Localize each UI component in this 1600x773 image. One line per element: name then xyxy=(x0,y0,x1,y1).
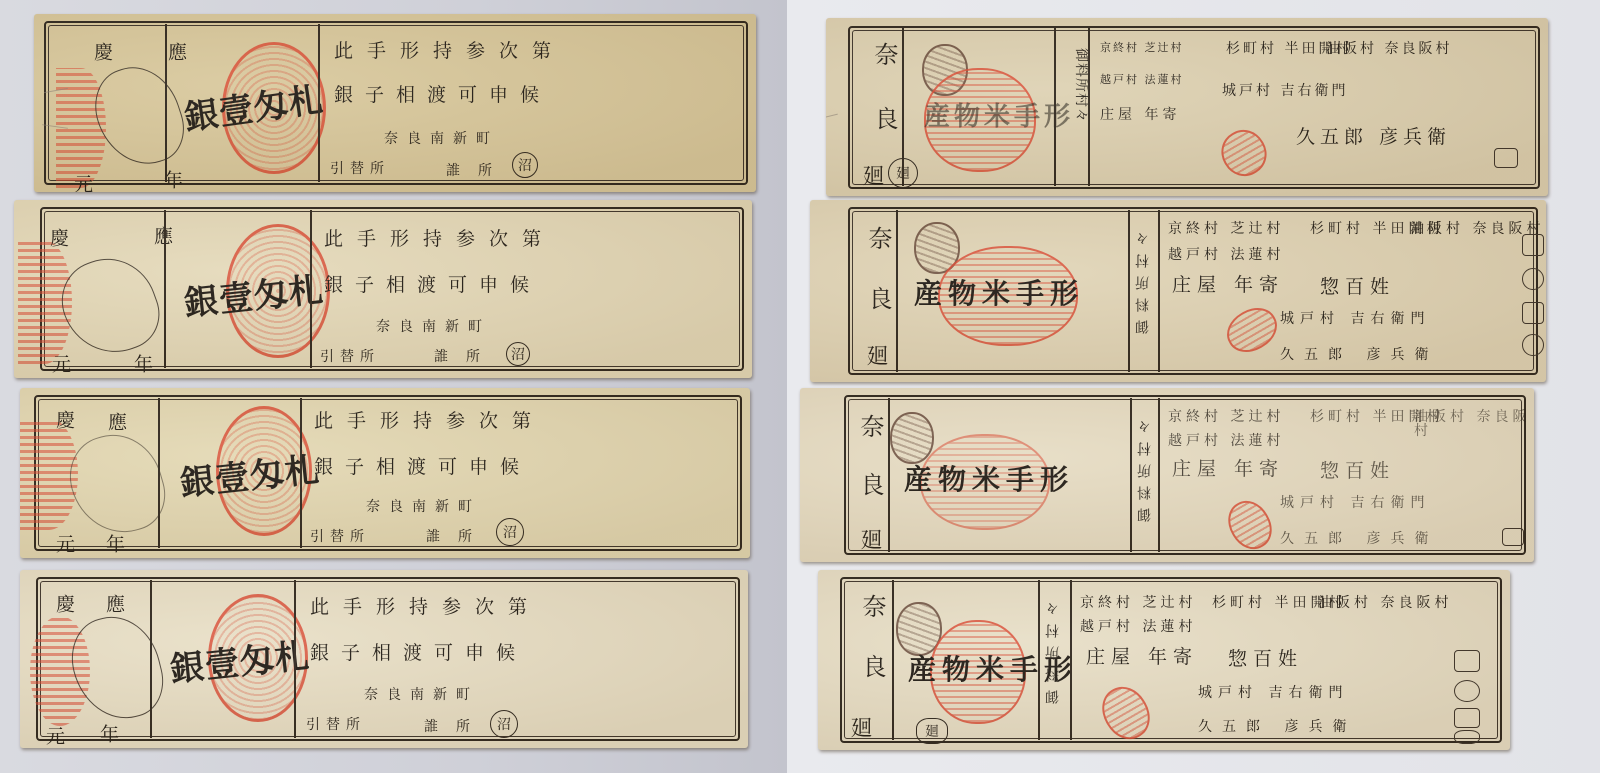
left-note-3: 慶 應 元 年 銀壹匁札 此手形持参次第 銀子相渡可申候 奈良南新町 引替所 誰… xyxy=(20,388,750,558)
village-names: 越戸村 法蓮村 xyxy=(1168,434,1284,448)
officials-names: 惣百姓 xyxy=(1228,650,1303,669)
paper-fiber xyxy=(826,114,838,120)
era-bottom-char: 元 xyxy=(72,174,91,192)
body-line-1: 此手形持参次第 xyxy=(314,412,545,431)
place-char-nara-1: 奈 xyxy=(866,226,890,251)
panel-divider xyxy=(165,24,167,182)
domain-label: 御料所村々 xyxy=(1046,594,1060,704)
era-right-bottom-char: 年 xyxy=(98,724,117,744)
panel-divider xyxy=(1158,210,1160,372)
village-names: 油阪村 奈良阪村 xyxy=(1326,42,1452,56)
issuer-name: 誰所 xyxy=(426,530,490,544)
village-names: 越戸村 法蓮村 xyxy=(1100,74,1184,85)
square-stamp xyxy=(1454,708,1480,728)
right-note-1: 奈 良 廻 廻 産物米手形 御料所村々 京終村 芝辻村 越戸村 法蓮村 庄屋 年… xyxy=(826,18,1548,196)
panel-divider xyxy=(300,398,302,548)
square-stamp xyxy=(1522,302,1544,324)
body-line-2: 銀子相渡可申候 xyxy=(310,644,527,663)
officials-names: 庄屋 年寄 xyxy=(1100,108,1180,122)
issuer-name: 誰所 xyxy=(434,350,498,364)
body-line-1: 此手形持参次第 xyxy=(324,230,555,249)
body-line-1: 此手形持参次第 xyxy=(310,598,541,617)
right-note-3: 奈 良 廻 産物米手形 御料所村々 京終村 芝辻村 越戸村 法蓮村 庄屋 年寄 … xyxy=(800,388,1534,562)
officials-names: 庄屋 年寄 xyxy=(1086,648,1198,667)
village-names: 越戸村 法蓮村 xyxy=(1080,620,1196,634)
officials-names: 久五郎 彦兵衛 xyxy=(1198,720,1356,734)
domain-label: 御料所村々 xyxy=(1074,48,1088,123)
panel-divider xyxy=(1130,398,1132,552)
officials-names: 庄屋 年寄 xyxy=(1172,276,1284,295)
panel-divider xyxy=(896,210,898,372)
panel-divider xyxy=(294,580,296,738)
square-stamp xyxy=(1522,334,1544,356)
era-top-char: 慶 xyxy=(54,594,73,614)
panel-divider xyxy=(1088,28,1090,186)
panel-divider xyxy=(902,28,904,186)
right-note-2: 奈 良 廻 産物米手形 御料所村々 京終村 芝辻村 越戸村 法蓮村 庄屋 年寄 … xyxy=(810,200,1546,382)
officials-names: 城戸村 吉右衛門 xyxy=(1222,84,1348,98)
body-line-2: 銀子相渡可申候 xyxy=(324,276,541,295)
village-names: 越戸村 法蓮村 xyxy=(1168,248,1284,262)
issuer-address: 奈良南新町 xyxy=(366,500,481,514)
issuer-round-stamp: 沼 xyxy=(512,152,538,178)
era-right-bottom-char: 年 xyxy=(104,534,123,554)
era-right-bottom-char: 年 xyxy=(132,354,151,374)
officials-names: 久五郎 彦兵衛 xyxy=(1280,348,1438,362)
village-names: 油阪村 奈良阪村 xyxy=(1318,596,1452,610)
village-names: 油阪村 奈良阪村 xyxy=(1414,410,1534,438)
square-stamp xyxy=(1522,234,1544,256)
place-char-bottom: 廻 xyxy=(860,164,882,187)
square-stamp xyxy=(1502,528,1524,546)
place-char-bottom: 廻 xyxy=(864,344,886,367)
officials-names: 惣百姓 xyxy=(1320,278,1395,297)
era-right-top-char: 應 xyxy=(166,42,185,62)
panel-divider xyxy=(1128,210,1130,372)
note-title-text: 産物米手形 xyxy=(914,280,1084,308)
exchange-office: 引替所 xyxy=(306,718,366,732)
era-top-char: 慶 xyxy=(92,42,111,62)
issuer-address: 奈良南新町 xyxy=(376,320,491,334)
body-line-2: 銀子相渡可申候 xyxy=(314,458,531,477)
exchange-office: 引替所 xyxy=(330,162,390,176)
left-note-1: 慶 應 元 年 銀壹匁札 此手形持参次第 銀子相渡可申候 奈良南新町 引替所 誰… xyxy=(34,14,756,192)
issuer-name: 誰所 xyxy=(446,164,510,178)
panel-divider xyxy=(164,210,166,368)
village-names: 京終村 芝辻村 xyxy=(1080,596,1196,610)
place-char-nara-2: 良 xyxy=(858,472,882,497)
square-stamp xyxy=(1522,268,1544,290)
body-line-2: 銀子相渡可申候 xyxy=(334,86,551,105)
officials-names: 久五郎 彦兵衛 xyxy=(1280,532,1438,546)
panel-divider xyxy=(150,580,152,738)
square-stamp xyxy=(1454,730,1480,744)
panel-divider xyxy=(310,210,312,368)
place-char-bottom: 廻 xyxy=(858,528,880,551)
round-stamp: 廻 xyxy=(916,718,948,744)
left-note-4: 慶 應 元 年 銀壹匁札 此手形持参次第 銀子相渡可申候 奈良南新町 引替所 誰… xyxy=(20,570,748,748)
era-right-top-char: 應 xyxy=(104,594,123,614)
panel-divider xyxy=(888,398,890,552)
domain-label: 御料所村々 xyxy=(1138,412,1152,522)
issuer-round-stamp: 沼 xyxy=(506,342,530,366)
place-char-nara-2: 良 xyxy=(866,286,890,311)
officials-names: 久五郎 彦兵衛 xyxy=(1296,128,1451,147)
era-bottom-char: 元 xyxy=(54,534,73,554)
era-right-top-char: 應 xyxy=(152,226,171,246)
village-names: 京終村 芝辻村 xyxy=(1168,410,1284,424)
place-char-nara-1: 奈 xyxy=(858,414,882,439)
place-char-nara-1: 奈 xyxy=(872,42,896,67)
small-square-stamp xyxy=(1494,148,1518,168)
panel-divider xyxy=(318,24,320,182)
officials-names: 城戸村 吉右衛門 xyxy=(1280,496,1430,510)
officials-names: 城戸村 吉右衛門 xyxy=(1280,312,1430,326)
officials-names: 城戸村 吉右衛門 xyxy=(1198,686,1348,700)
right-note-4: 奈 良 廻 廻 産物米手形 御料所村々 京終村 芝辻村 越戸村 法蓮村 庄屋 年… xyxy=(818,570,1510,750)
panel-divider xyxy=(1038,580,1040,740)
place-char-bottom: 廻 xyxy=(848,716,870,739)
exchange-office: 引替所 xyxy=(320,350,380,364)
panel-divider xyxy=(892,580,894,740)
exchange-office: 引替所 xyxy=(310,530,370,544)
body-line-1: 此手形持参次第 xyxy=(334,42,565,61)
place-char-nara-1: 奈 xyxy=(860,594,884,619)
village-names: 京終村 芝辻村 xyxy=(1168,222,1284,236)
left-note-2: 慶 應 元 年 銀壹匁札 此手形持参次第 銀子相渡可申候 奈良南新町 引替所 誰… xyxy=(14,200,752,378)
village-names: 京終村 芝辻村 xyxy=(1100,42,1184,53)
panel-divider xyxy=(1070,580,1072,740)
officials-names: 惣百姓 xyxy=(1320,462,1395,481)
officials-names: 庄屋 年寄 xyxy=(1172,460,1284,479)
issuer-address: 奈良南新町 xyxy=(384,132,499,146)
panel-divider xyxy=(1158,398,1160,552)
note-title-text: 産物米手形 xyxy=(924,104,1074,130)
era-right-top-char: 應 xyxy=(106,412,125,432)
issuer-name: 誰所 xyxy=(424,720,488,734)
era-top-char: 慶 xyxy=(54,410,73,430)
domain-label: 御料所村々 xyxy=(1136,224,1150,334)
panel-divider xyxy=(1054,28,1056,186)
square-stamp xyxy=(1454,650,1480,672)
issuer-round-stamp: 沼 xyxy=(496,518,524,546)
issuer-address: 奈良南新町 xyxy=(364,688,479,702)
place-char-nara-2: 良 xyxy=(872,106,896,131)
place-char-nara-2: 良 xyxy=(860,654,884,679)
panel-divider xyxy=(158,398,160,548)
note-title-text: 産物米手形 xyxy=(904,466,1074,494)
era-bottom-char: 元 xyxy=(50,354,69,374)
era-top-char: 慶 xyxy=(48,228,67,248)
square-stamp xyxy=(1454,680,1480,702)
issuer-round-stamp: 沼 xyxy=(490,710,518,738)
era-bottom-char: 元 xyxy=(44,726,63,746)
